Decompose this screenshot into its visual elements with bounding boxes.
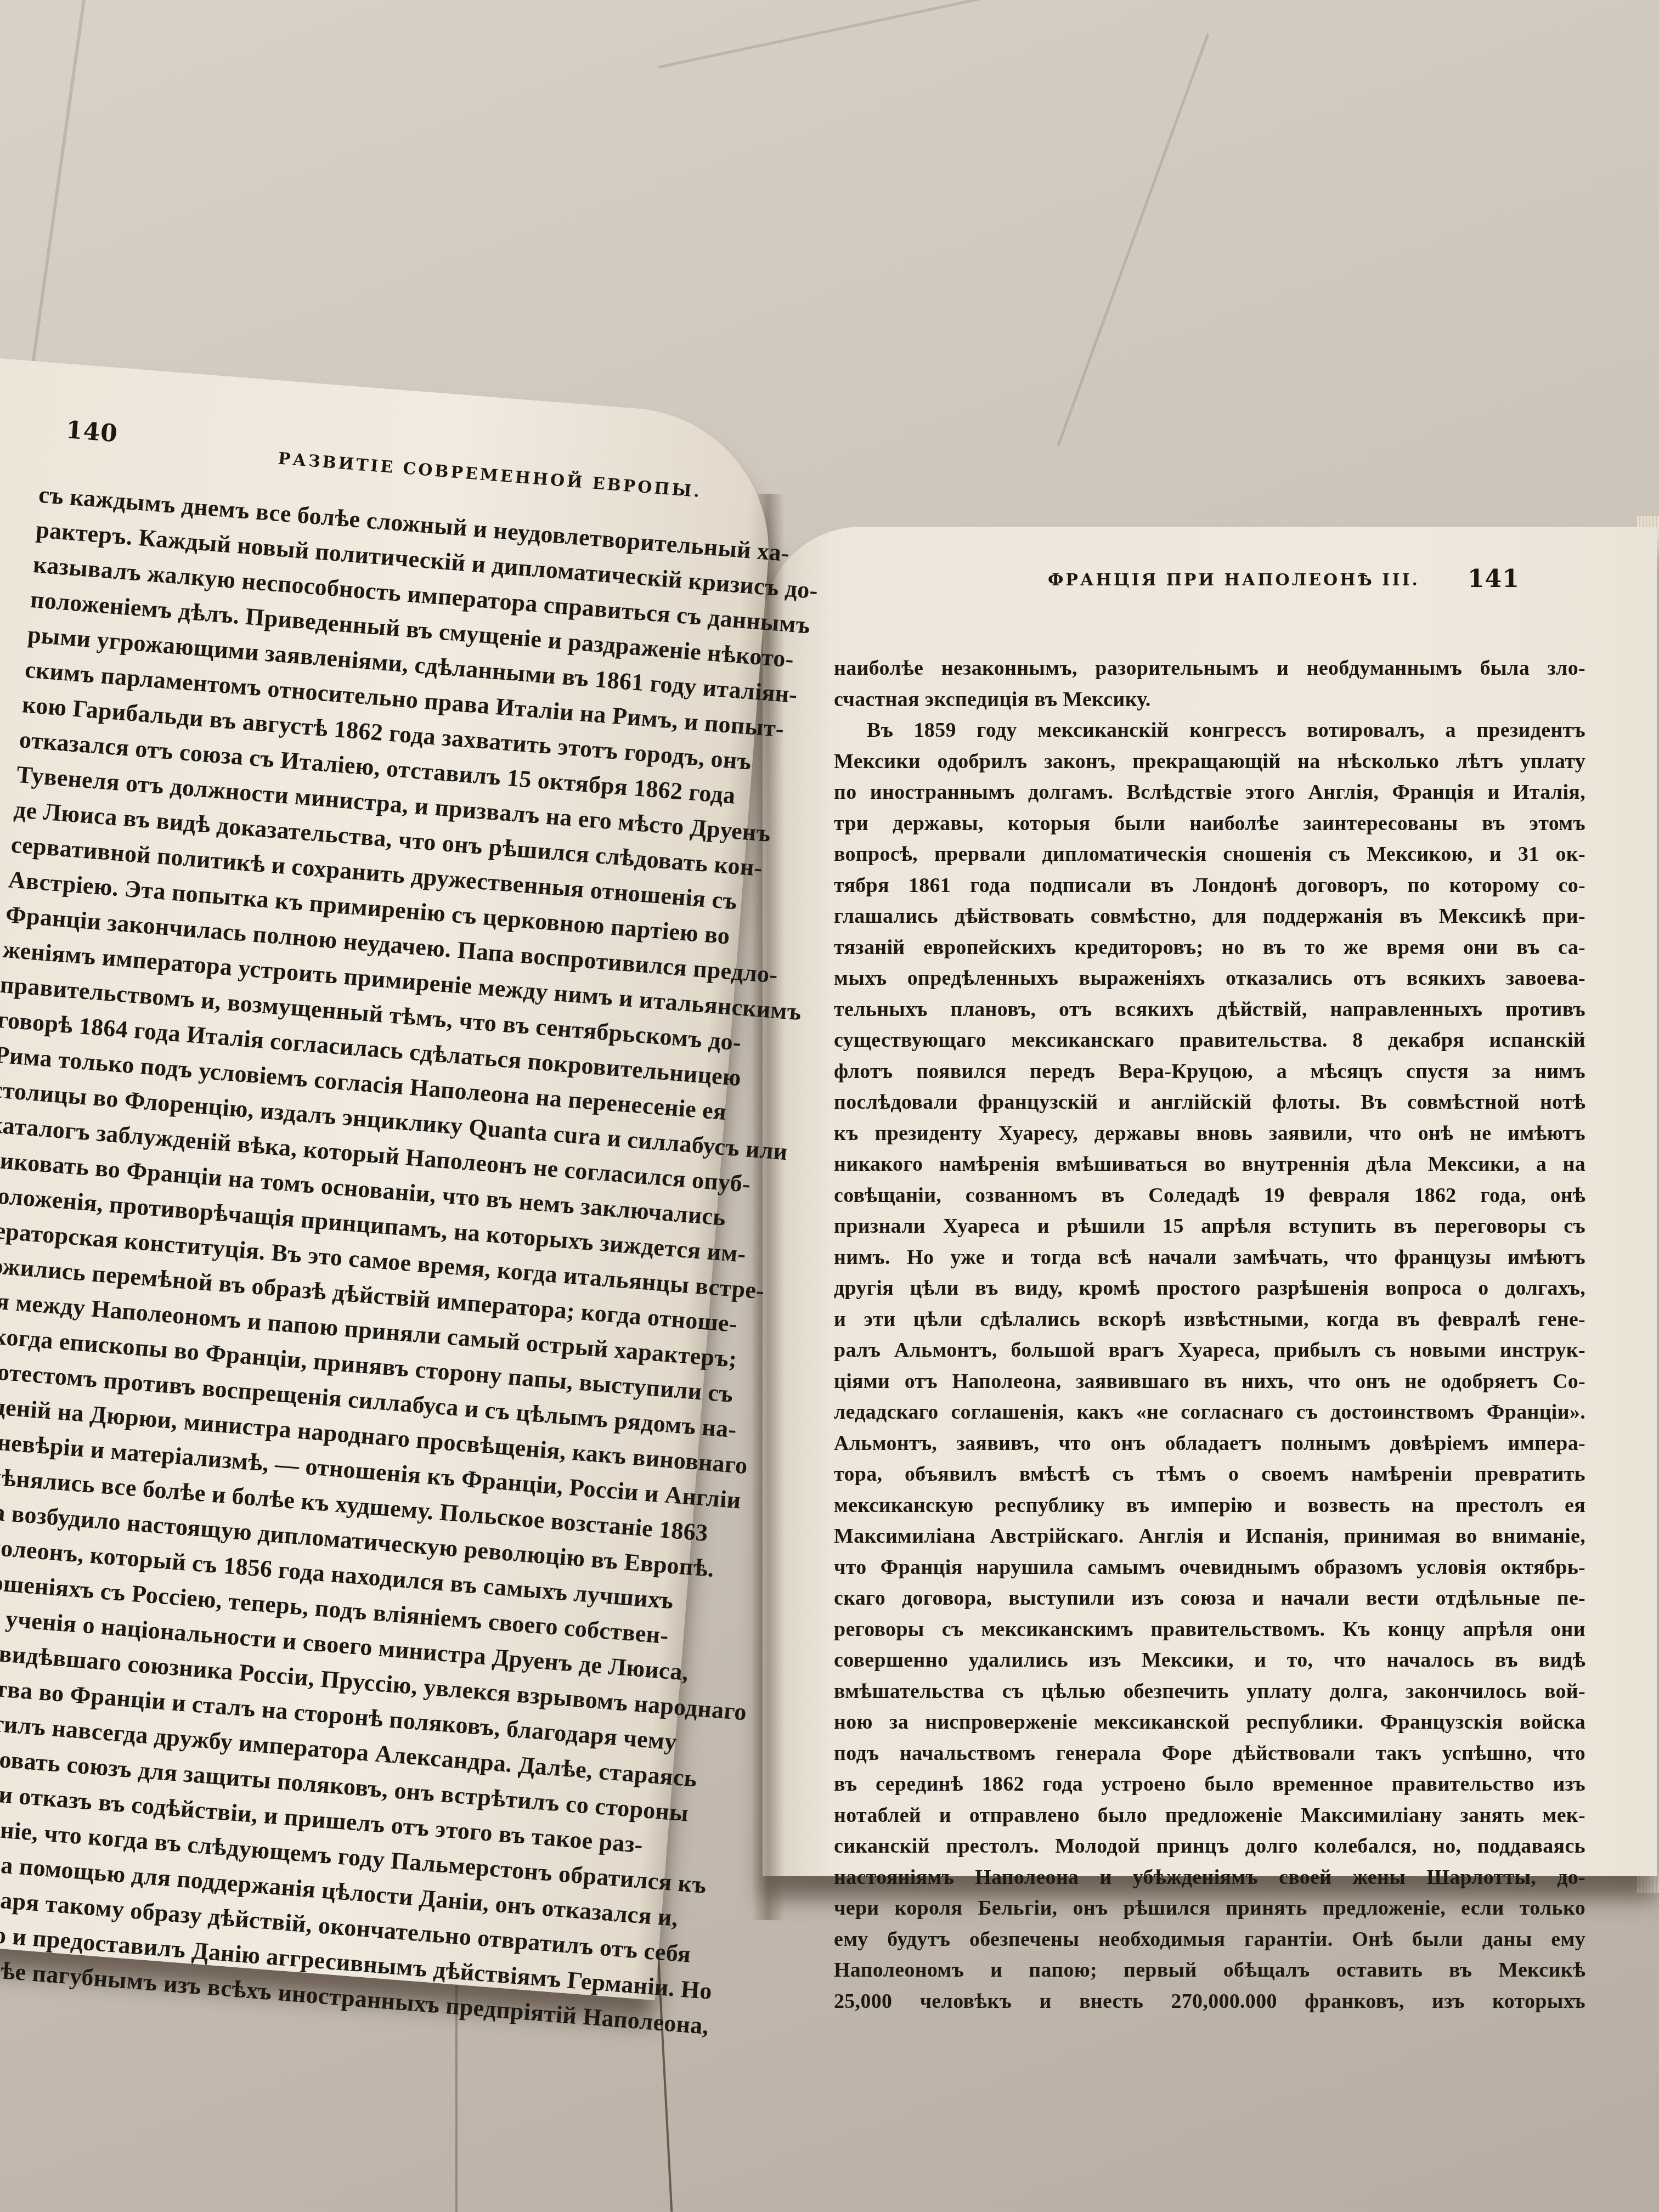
text-line: никакого намѣренія вмѣшиваться во внутре… xyxy=(834,1149,1585,1180)
text-line: совѣщаніи, созванномъ въ Соледадѣ 19 фев… xyxy=(834,1180,1585,1211)
text-line: тора, объявилъ вмѣстѣ съ тѣмъ о своемъ н… xyxy=(834,1459,1585,1490)
text-line: къ президенту Хуаресу, державы вновь зая… xyxy=(834,1118,1585,1149)
text-line: мыхъ опредѣленныхъ выраженіяхъ отказалис… xyxy=(834,963,1585,994)
text-line: наиболѣе незаконнымъ, разорительнымъ и н… xyxy=(834,653,1585,684)
text-line: Альмонтъ, заявивъ, что онъ обладаетъ пол… xyxy=(834,1428,1585,1459)
text-line: ною за ниспроверженіе мексиканской респу… xyxy=(834,1707,1585,1738)
left-page: 140 Развитіе современной Европы. съ кажд… xyxy=(0,357,779,2000)
text-line: послѣдовали французскій и англійскій фло… xyxy=(834,1087,1585,1118)
left-page-text: съ каждымъ днемъ все болѣе сложный и неу… xyxy=(0,477,746,2038)
text-line: признали Хуареса и рѣшили 15 апрѣля всту… xyxy=(834,1211,1585,1242)
page-number-left: 140 xyxy=(65,416,119,448)
text-line: тязаній европейскихъ кредиторовъ; но въ … xyxy=(834,932,1585,963)
text-line: счастная экспедиція въ Мексику. xyxy=(834,684,1585,715)
running-head-right: Франція при Наполеонѣ III. xyxy=(1048,571,1420,590)
text-line: подъ начальствомъ генерала Форе дѣйствов… xyxy=(834,1738,1585,1769)
right-page-text: наиболѣе незаконнымъ, разорительнымъ и н… xyxy=(834,653,1585,2017)
page-number-right: 141 xyxy=(1468,565,1520,593)
text-line: что Франція нарушила самымъ очевиднымъ о… xyxy=(834,1552,1585,1583)
text-line: 25,000 человѣкъ и внесть 270,000.000 фра… xyxy=(834,1986,1585,2017)
right-page: Франція при Наполеонѣ III. 141 наиболѣе … xyxy=(763,527,1657,1876)
text-line: нотаблей и отправлено было предложеніе М… xyxy=(834,1800,1585,1831)
text-line: совершенно удалились изъ Мексики, и то, … xyxy=(834,1645,1585,1676)
text-line: ралъ Альмонтъ, большой врагъ Хуареса, пр… xyxy=(834,1335,1585,1366)
text-line: глашались дѣйствовать совмѣстно, для под… xyxy=(834,901,1585,932)
text-line: настояніямъ Наполеона и убѣжденіямъ свое… xyxy=(834,1862,1585,1893)
text-line: скаго договора, выступили изъ союза и на… xyxy=(834,1583,1585,1614)
text-line: ціями отъ Наполеона, заявившаго въ нихъ,… xyxy=(834,1366,1585,1397)
text-line: сиканскій престолъ. Молодой принцъ долго… xyxy=(834,1831,1585,1862)
text-line: три державы, которыя были наиболѣе заинт… xyxy=(834,808,1585,839)
text-line: существующаго мексиканскаго правительств… xyxy=(834,1025,1585,1056)
text-line: тельныхъ плановъ, отъ всякихъ дѣйствій, … xyxy=(834,994,1585,1025)
text-line: флотъ появился передъ Вера-Круцою, а мѣс… xyxy=(834,1056,1585,1087)
text-line: реговоры съ мексиканскимъ правительством… xyxy=(834,1614,1585,1645)
text-line: по иностраннымъ долгамъ. Вслѣдствіе этог… xyxy=(834,777,1585,808)
paragraph-start-line: Въ 1859 году мексиканскій конгрессъ воти… xyxy=(834,715,1585,746)
text-line: Максимиліана Австрійскаго. Англія и Испа… xyxy=(834,1521,1585,1552)
text-line: тября 1861 года подписали въ Лондонѣ дог… xyxy=(834,870,1585,901)
table-vein xyxy=(658,0,1142,69)
text-line: Мексики одобрилъ законъ, прекращающій на… xyxy=(834,746,1585,777)
text-line: вмѣшательства съ цѣлью обезпечить уплату… xyxy=(834,1676,1585,1707)
text-line: ледадскаго соглашенія, какъ «не согласна… xyxy=(834,1397,1585,1428)
text-line: въ серединѣ 1862 года устроено было врем… xyxy=(834,1769,1585,1800)
text-line: нимъ. Но уже и тогда всѣ начали замѣчать… xyxy=(834,1242,1585,1273)
running-head-left: Развитіе современной Европы. xyxy=(278,449,703,502)
text-line: другія цѣли въ виду, кромѣ простого разр… xyxy=(834,1273,1585,1304)
text-line: мексиканскую республику въ имперію и воз… xyxy=(834,1490,1585,1521)
text-line: Наполеономъ и папою; первый обѣщалъ оста… xyxy=(834,1955,1585,1986)
text-line: вопросѣ, прервали дипломатическія сношен… xyxy=(834,839,1585,870)
text-line: чери короля Бельгіи, онъ рѣшился принять… xyxy=(834,1893,1585,1924)
table-vein xyxy=(29,0,86,381)
text-line: и эти цѣли сдѣлались вскорѣ извѣстными, … xyxy=(834,1304,1585,1335)
table-vein xyxy=(1057,33,1209,446)
text-line: ему будутъ обезпечены необходимыя гарант… xyxy=(834,1924,1585,1955)
